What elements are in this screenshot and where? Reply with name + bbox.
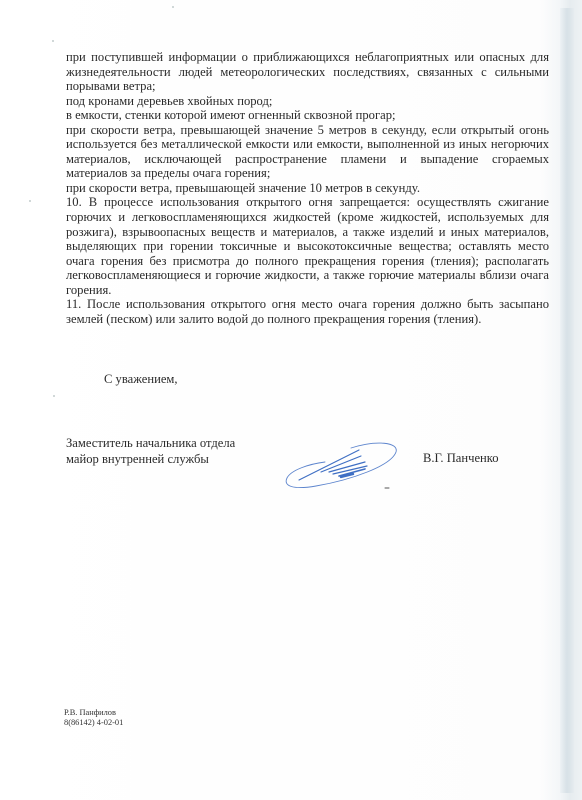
handwritten-signature-icon [281, 436, 401, 496]
executor-name: Р.В. Панфилов [64, 708, 123, 718]
body-paragraph-item-10: 10. В процессе использования открытого о… [66, 195, 549, 297]
signatory-name: В.Г. Панченко [423, 451, 499, 466]
body-paragraph: под кронами деревьев хвойных пород; [66, 94, 549, 109]
signatory-position-line2: майор внутренней службы [66, 452, 235, 468]
body-paragraph: при скорости ветра, превышающей значение… [66, 123, 549, 181]
scan-speck [29, 200, 31, 202]
scanned-page: при поступившей информации о приближающи… [0, 0, 582, 800]
executor-phone: 8(86142) 4-02-01 [64, 718, 123, 728]
scan-speck [52, 40, 54, 42]
closing-phrase: С уважением, [104, 372, 178, 387]
scan-speck [172, 6, 174, 8]
body-paragraph-item-11: 11. После использования открытого огня м… [66, 297, 549, 326]
page-edge-shadow [560, 8, 574, 793]
scan-speck [53, 395, 55, 397]
body-paragraph: при поступившей информации о приближающи… [66, 50, 549, 94]
signatory-position: Заместитель начальника отдела майор внут… [66, 436, 235, 467]
executor-footer: Р.В. Панфилов 8(86142) 4-02-01 [64, 708, 123, 728]
letter-body: при поступившей информации о приближающи… [66, 50, 549, 326]
body-paragraph: в емкости, стенки которой имеют огненный… [66, 108, 549, 123]
body-paragraph: при скорости ветра, превышающей значение… [66, 181, 549, 196]
signatory-position-line1: Заместитель начальника отдела [66, 436, 235, 452]
